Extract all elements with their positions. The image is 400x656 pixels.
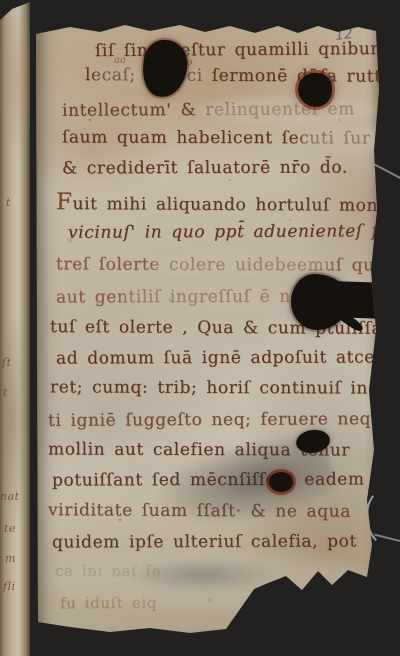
margin-text-fragment: m <box>5 552 16 565</box>
margin-text-fragment: t <box>6 196 11 209</box>
margin-text-fragment: t <box>3 386 8 399</box>
manuscript-page: 12 aa ego ſiſ ſinciſ eſtur quamilli qnib… <box>30 0 382 656</box>
margin-text-fragment: te <box>4 522 16 535</box>
manuscript-line: Fuit mihi aliquando hortuluſ monaſte <box>56 189 400 217</box>
folio-number: 12 <box>334 26 354 44</box>
manuscript-line: ti igniē ſuggeſto neq; feruere neq <box>48 409 371 431</box>
manuscript-line: lecaſ; ad eci ſermonē dn̄ſa ruttea <box>85 65 400 87</box>
manuscript-line: vicinuſ' in quo ppt̄ aduenienteſ fra <box>68 221 398 243</box>
manuscript-line: treſ ſolerte colere uidebeemuſ quidā <box>56 254 400 275</box>
margin-text-fragment: nat <box>0 490 20 503</box>
manuscript-line: quidem ipſe ulteriuſ calefia, pot <box>52 531 357 552</box>
manuscript-line: aut gentiliſ ingreſſuſ ē noſ <box>56 287 309 308</box>
manuscript-line: ſiſ ſinciſ eſtur quamilli qnibunur <box>95 39 400 61</box>
manuscript-line: ſaum quam habelicent ſecuti ſur <box>62 127 371 148</box>
margin-text-fragment: ſt <box>2 356 12 369</box>
parchment-burn-hole <box>269 472 293 492</box>
manuscript-line: ad domum ſuā ignē adpoſuit atce <box>56 347 375 368</box>
manuscript-line: viriditate ſuam ſſaſt· & ne aqua <box>48 500 351 522</box>
margin-text-fragment: fli <box>3 580 16 593</box>
manuscript-photo: t ſt t nat te m fli 12 aa ego ſiſ ſinciſ… <box>0 0 400 656</box>
manuscript-line: & crediderīt ſaluatorē nr̄o d̄o. <box>62 158 348 179</box>
manuscript-line: potuiſſant ſed mēcnſiſſent eadem <box>52 469 365 490</box>
manuscript-line: ret; cumq: trib; horiſ continuiſ inge <box>50 377 390 398</box>
manuscript-line: ca lnı naſ ſe <box>55 562 161 581</box>
parchment-burn-hole <box>298 73 332 107</box>
manuscript-line: fu iduſt eiq <box>60 594 157 613</box>
